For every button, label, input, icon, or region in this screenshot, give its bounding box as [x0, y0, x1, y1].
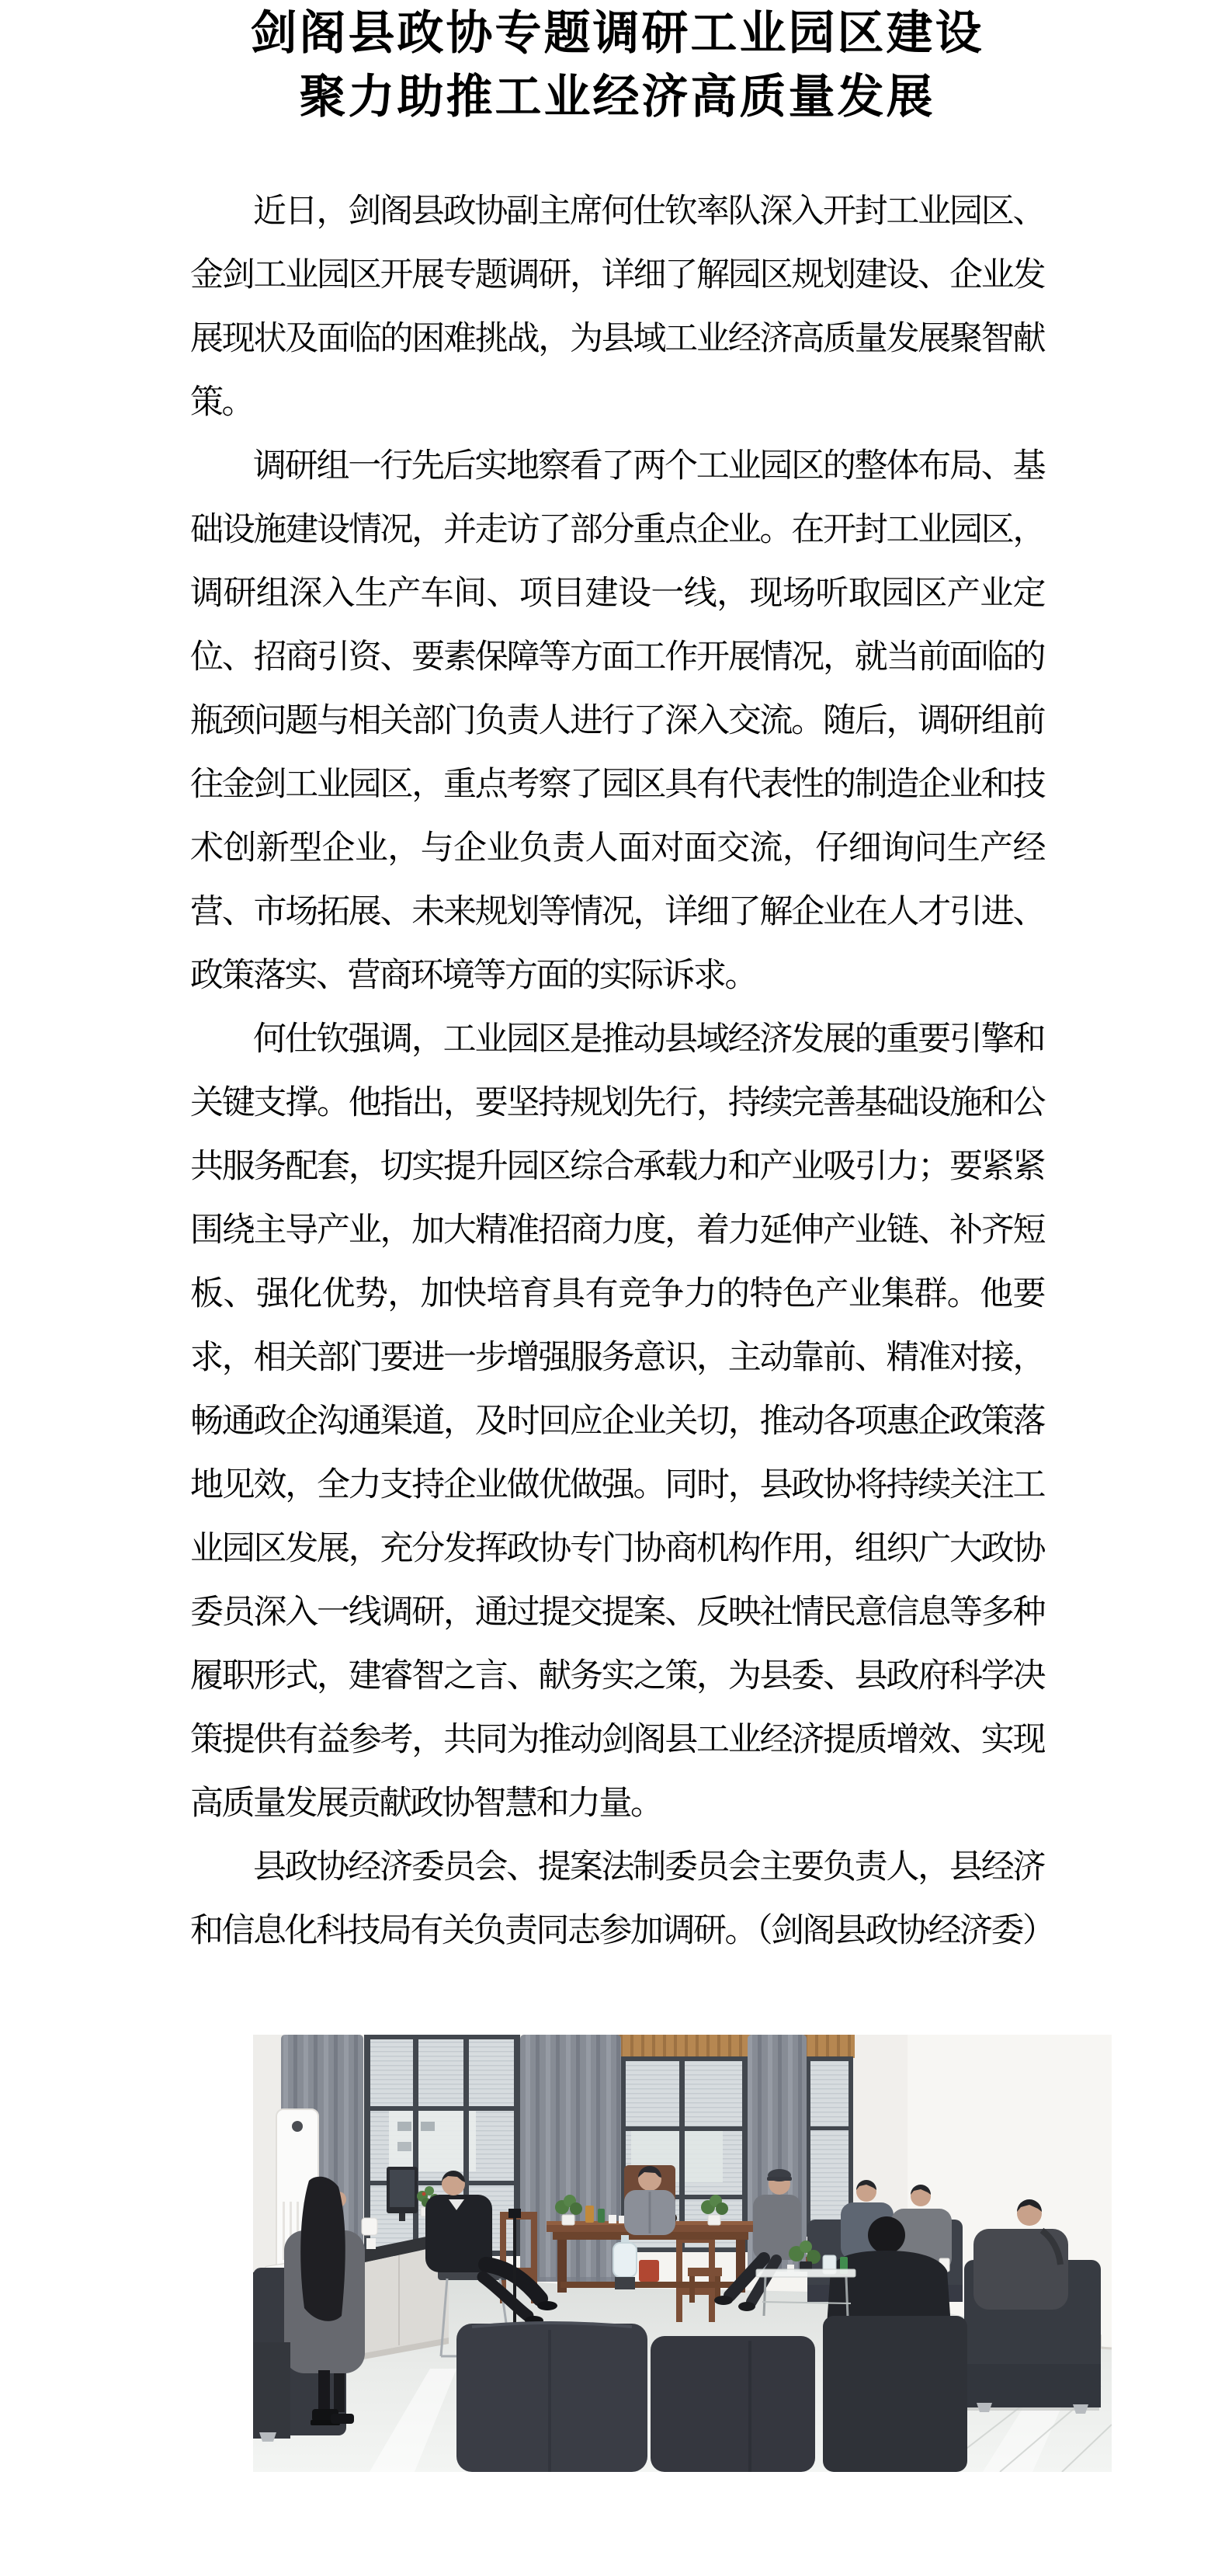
meeting-photo	[253, 2035, 1112, 2472]
article-title: 剑阁县政协专题调研工业园区建设 聚力助推工业经济高质量发展	[190, 2, 1044, 129]
paragraph-1: 近日，剑阁县政协副主席何仕钦率队深入开封工业园区、金剑工业园区开展专题调研，详细…	[190, 180, 1044, 435]
article: 剑阁县政协专题调研工业园区建设 聚力助推工业经济高质量发展 近日，剑阁县政协副主…	[190, 2, 1044, 2472]
paragraph-2: 调研组一行先后实地察看了两个工业园区的整体布局、基础设施建设情况，并走访了部分重…	[190, 435, 1044, 1008]
article-body: 近日，剑阁县政协副主席何仕钦率队深入开封工业园区、金剑工业园区开展专题调研，详细…	[190, 180, 1044, 2472]
paragraph-4: 县政协经济委员会、提案法制委员会主要负责人，县经济和信息化科技局有关负责同志参加…	[190, 1836, 1044, 1963]
paragraph-3: 何仕钦强调，工业园区是推动县域经济发展的重要引擎和关键支撑。他指出，要坚持规划先…	[190, 1008, 1044, 1836]
article-title-line2: 聚力助推工业经济高质量发展	[190, 65, 1044, 129]
document-page: 剑阁县政协专题调研工业园区建设 聚力助推工业经济高质量发展 近日，剑阁县政协副主…	[0, 2, 1232, 2576]
article-title-line1: 剑阁县政协专题调研工业园区建设	[190, 2, 1044, 65]
